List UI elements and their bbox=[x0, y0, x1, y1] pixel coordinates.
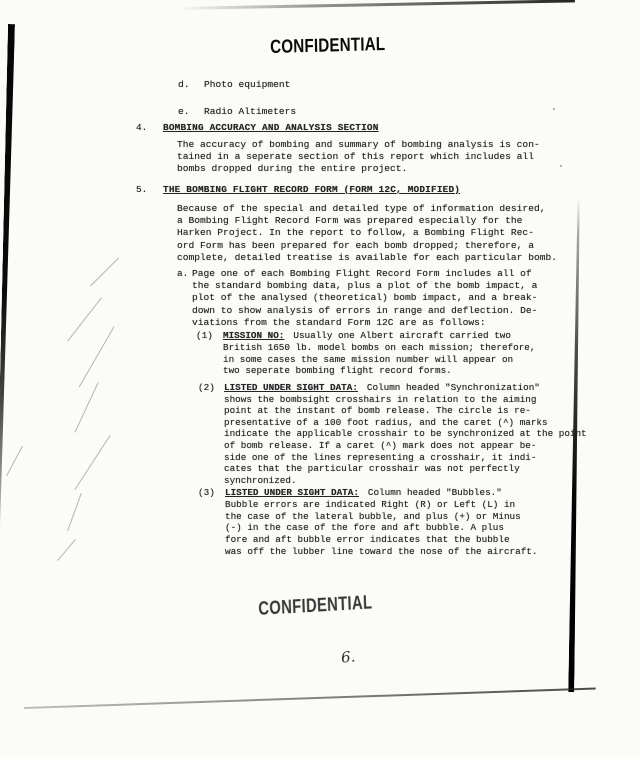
item-2-label: LISTED UNDER SIGHT DATA: bbox=[224, 382, 358, 393]
scratch-mark bbox=[79, 326, 115, 387]
confidential-stamp-top: CONFIDENTIAL bbox=[270, 34, 385, 59]
scan-edge-top bbox=[178, 0, 575, 10]
subsection-a-marker: a. bbox=[177, 268, 188, 279]
scratch-mark bbox=[67, 493, 82, 531]
item-1-label: MISSION NO: bbox=[223, 330, 284, 341]
scan-edge-bottom bbox=[24, 688, 596, 709]
scan-edge-left bbox=[0, 24, 15, 564]
scratch-mark bbox=[57, 539, 76, 561]
item-3-paragraph: LISTED UNDER SIGHT DATA:Column headed "B… bbox=[225, 487, 597, 558]
item-2-body: Column headed "Synchronization" shows th… bbox=[224, 382, 587, 486]
list-item-e: e.Radio Altimeters bbox=[178, 106, 296, 117]
scratch-mark bbox=[74, 382, 98, 432]
item-3-marker: (3) bbox=[198, 487, 215, 498]
subsection-a-paragraph: Page one of each Bombing Flight Record F… bbox=[192, 268, 558, 329]
list-item-marker: e. bbox=[178, 106, 204, 117]
list-item-d: d.Photo equipment bbox=[178, 79, 290, 90]
scratch-mark bbox=[67, 298, 102, 342]
item-1-paragraph: MISSION NO:Usually one Albert aircraft c… bbox=[223, 330, 595, 377]
item-1-marker: (1) bbox=[196, 330, 213, 341]
scratch-mark bbox=[6, 446, 23, 476]
section-4-paragraph: The accuracy of bombing and summary of b… bbox=[177, 139, 561, 176]
scratch-mark bbox=[74, 435, 110, 490]
page-number: 6. bbox=[340, 647, 356, 666]
section-4-heading-row: 4.BOMBING ACCURACY AND ANALYSIS SECTION bbox=[136, 122, 379, 133]
list-item-marker: d. bbox=[178, 79, 204, 90]
section-number: 5. bbox=[136, 184, 163, 195]
section-heading: BOMBING ACCURACY AND ANALYSIS SECTION bbox=[163, 122, 379, 133]
item-2-marker: (2) bbox=[198, 382, 215, 393]
section-5-heading-row: 5.THE BOMBING FLIGHT RECORD FORM (FORM 1… bbox=[136, 184, 460, 195]
item-2-paragraph: LISTED UNDER SIGHT DATA:Column headed "S… bbox=[224, 382, 596, 486]
scanned-document-page: CONFIDENTIAL CONFIDENTIAL d.Photo equipm… bbox=[0, 0, 640, 757]
scratch-mark bbox=[90, 258, 119, 287]
list-item-text: Photo equipment bbox=[204, 79, 290, 90]
scan-speck bbox=[553, 108, 555, 110]
list-item-text: Radio Altimeters bbox=[204, 106, 296, 117]
section-heading: THE BOMBING FLIGHT RECORD FORM (FORM 12C… bbox=[163, 184, 460, 195]
item-3-label: LISTED UNDER SIGHT DATA: bbox=[225, 487, 359, 498]
section-number: 4. bbox=[136, 122, 163, 133]
confidential-stamp-bottom: CONFIDENTIAL bbox=[258, 592, 373, 621]
section-5-paragraph: Because of the special and detailed type… bbox=[177, 203, 561, 264]
